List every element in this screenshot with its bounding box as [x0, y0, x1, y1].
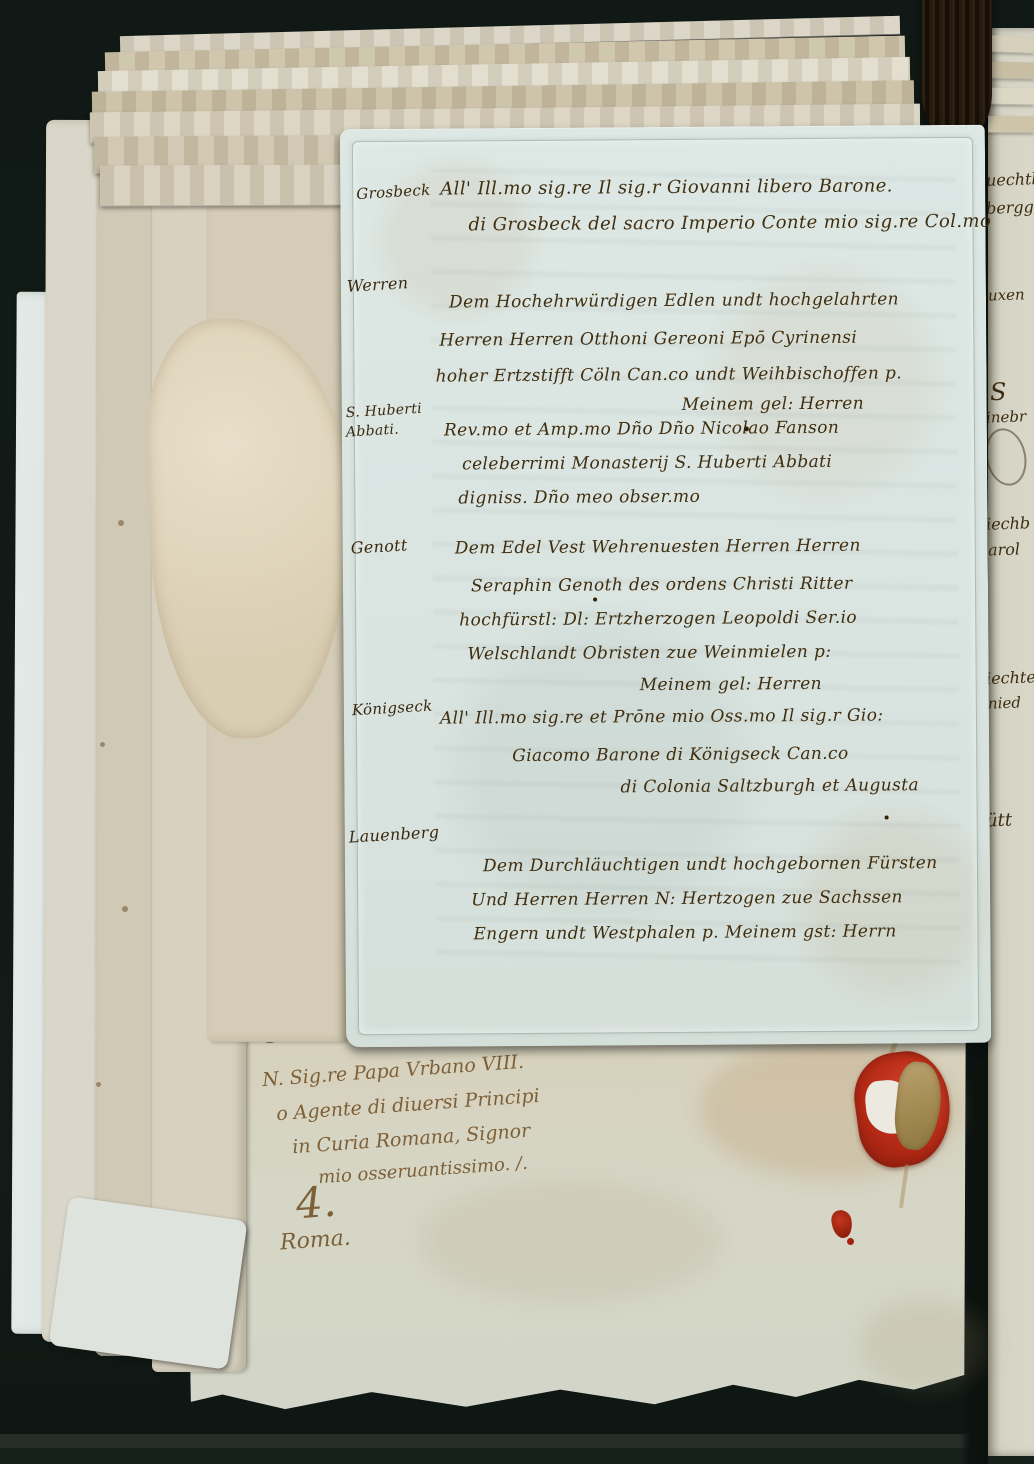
entry-line: di Grosbeck del sacro Imperio Conte mio … — [468, 211, 991, 236]
right-page-text-fragment: iechb — [986, 513, 1031, 534]
paper-stain — [420, 1180, 720, 1300]
entry-line: digniss. Dño meo obser.mo — [458, 487, 700, 509]
entry-line: All' Ill.mo sig.re Il sig.r Giovanni lib… — [440, 175, 893, 199]
paper-speck — [96, 1082, 101, 1087]
table-surface-shadow — [0, 1448, 1034, 1464]
right-page-text-fragment: uechtl — [986, 169, 1034, 190]
ink-speck — [744, 426, 749, 431]
right-page-text-fragment: arol — [988, 539, 1021, 559]
entry-line: Engern undt Westphalen p. Meinem gst: He… — [473, 921, 896, 944]
margin-label-werren: Werren — [346, 273, 409, 296]
right-page-text-fragment: bergg — [986, 197, 1034, 218]
right-page — [984, 28, 1034, 1456]
entry-line: Meinem gel: Herren — [682, 394, 864, 415]
entry-line: Meinem gel: Herren — [640, 674, 822, 695]
paper-speck — [118, 520, 124, 526]
paper-speck — [122, 906, 128, 912]
entry-line: celeberrimi Monasterij S. Huberti Abbati — [462, 452, 832, 475]
entry-line: Dem Edel Vest Wehrenuesten Herren Herren — [455, 536, 861, 559]
binding-spine — [922, 0, 992, 138]
entry-line: Welschlandt Obristen zue Weinmielen p: — [467, 642, 831, 665]
right-page-text-fragment: S — [990, 378, 1007, 407]
margin-label-genott: Genott — [350, 535, 408, 557]
entry-line: Dem Hochehrwürdigen Edlen undt hochgelah… — [449, 289, 899, 312]
wax-seal — [846, 1042, 976, 1202]
entry-line: Giacomo Barone di Königseck Can.co — [512, 744, 849, 766]
entry-line: Und Herren Herren N: Hertzogen zue Sachs… — [471, 887, 903, 910]
entry-line: di Colonia Saltzburgh et Augusta — [620, 775, 919, 797]
table-surface-band — [0, 1434, 1034, 1448]
entry-line: Rev.mo et Amp.mo Dño Dño Nicolao Fanson — [444, 418, 839, 441]
entry-line: Seraphin Genoth des ordens Christi Ritte… — [471, 574, 853, 597]
address-line: Roma. — [279, 1226, 351, 1256]
right-page-deckle-edge — [984, 116, 1034, 132]
entry-line: Dem Durchläuchtigen undt hochgebornen Fü… — [483, 853, 938, 876]
paper-stain — [860, 1300, 990, 1390]
entry-line: Herren Herren Otthoni Gereoni Epō Cyrine… — [439, 328, 857, 351]
overlay-letter-page: Grosbeck All' Ill.mo sig.re Il sig.r Gio… — [340, 125, 991, 1047]
address-number: 4. — [294, 1177, 337, 1229]
wax-speck — [847, 1238, 854, 1245]
margin-label-abbati: Abbati. — [345, 421, 399, 440]
right-page-text-fragment: inebr — [986, 407, 1027, 426]
entry-line: hoher Ertzstifft Cöln Can.co undt Weihbi… — [435, 363, 902, 386]
ink-speck — [593, 597, 597, 601]
sheet-edge — [48, 1196, 247, 1370]
right-page-text-fragment: uxen — [988, 285, 1025, 304]
manuscript-photo: uechtl bergg uxen S inebr iechb arol iec… — [0, 0, 1034, 1464]
entry-line: hochfürstl: Dl: Ertzherzogen Leopoldi Se… — [459, 608, 857, 631]
ink-speck — [885, 815, 889, 819]
paper-speck — [100, 742, 105, 747]
right-page-text-fragment: iechten — [986, 667, 1034, 688]
right-page-text-fragment: nied — [988, 693, 1022, 712]
seal-fiber — [899, 1164, 909, 1208]
entry-line: All' Ill.mo sig.re et Prōne mio Oss.mo I… — [440, 705, 884, 728]
